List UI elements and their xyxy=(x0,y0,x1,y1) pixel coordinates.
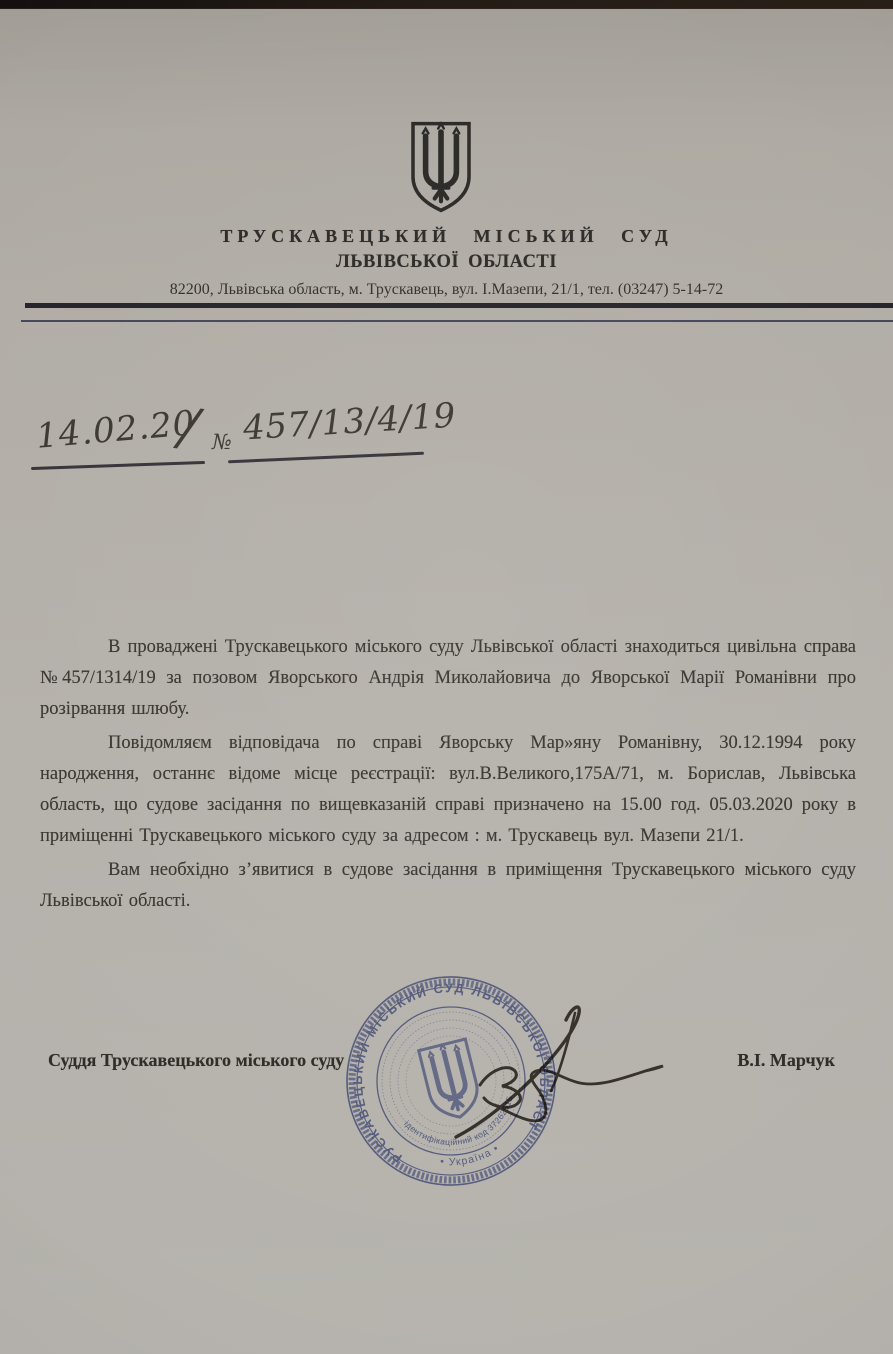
court-address: 82200, Львівська область, м. Трускавець,… xyxy=(0,281,893,299)
photo-dark-edge xyxy=(0,0,893,9)
handwritten-signature xyxy=(420,920,880,1160)
number-sign: № xyxy=(212,430,232,454)
ukraine-trident-emblem-icon xyxy=(406,116,476,218)
header-rule-thin xyxy=(21,320,893,322)
scanned-letter-photo: ТРУСКАВЕЦЬКИЙ МІСЬКИЙ СУД ЛЬВІВСЬКОЇ ОБЛ… xyxy=(0,0,893,1354)
date-underline xyxy=(31,461,205,470)
handwritten-date: 14.02.20 xyxy=(35,403,197,457)
paragraph-case-info: В проваджені Трускавецького міського суд… xyxy=(40,632,856,725)
court-region: ЛЬВІВСЬКОЇ ОБЛАСТІ xyxy=(0,252,893,273)
paragraph-appearance-request: Вам необхідно з’явитися в судове засідан… xyxy=(40,855,856,917)
judge-title: Суддя Трускавецького міського суду xyxy=(48,1050,344,1071)
court-name: ТРУСКАВЕЦЬКИЙ МІСЬКИЙ СУД xyxy=(0,226,893,247)
header-rule-thick xyxy=(25,303,893,308)
letter-body: В проваджені Трускавецького міського суд… xyxy=(40,632,856,920)
case-number-underline xyxy=(228,452,424,463)
paragraph-summons-details: Повідомляєм відповідача по справі Яворсь… xyxy=(40,728,856,852)
handwritten-case-number: 457/13/4/19 xyxy=(242,396,457,449)
